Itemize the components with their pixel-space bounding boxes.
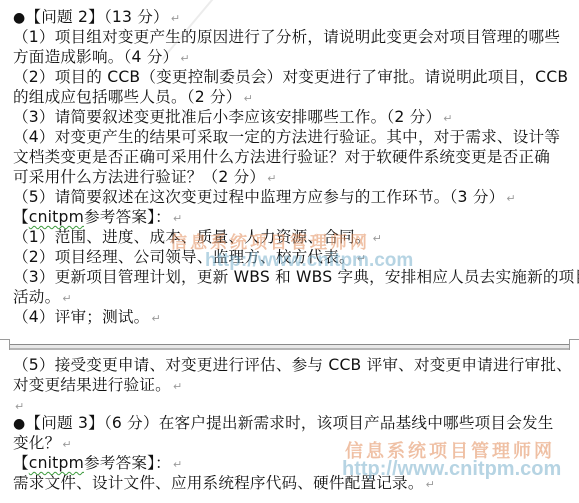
paragraph-mark-icon: ↵: [180, 52, 189, 65]
bullet-icon: ●: [13, 416, 25, 432]
question-text-line: （5）请简要叙述在这次变更过程中监理方应参与的工作环节。（3 分）↵: [13, 187, 516, 207]
answer-line: （5）接受变更申请、对变更进行评估、参与 CCB 评审、对变更申请进行审批、: [13, 355, 572, 375]
question-text-line: 的组成应包括哪些人员。（2 分）↵: [13, 87, 253, 107]
paragraph-mark-icon: ↵: [267, 172, 276, 185]
question-2-heading: ●【问题 2】（13 分）↵: [13, 7, 180, 27]
question-3-heading: ●【问题 3】（6 分）在客户提出新需求时，该项目产品基线中哪些项目会发生: [13, 413, 554, 433]
paragraph-mark-icon: ↵: [62, 292, 71, 305]
brand-name: cnitpm: [29, 454, 84, 472]
paragraph-mark-icon: ↵: [173, 380, 182, 393]
paragraph-mark-icon: ↵: [171, 12, 180, 25]
question-text-line: 方面造成影响。（4 分）↵: [13, 47, 190, 67]
document-page-2: （5）接受变更申请、对变更进行评估、参与 CCB 评审、对变更申请进行审批、 对…: [0, 350, 579, 503]
question-text-line: （3）请简要叙述变更批准后小李应该安排哪些工作。（2 分）↵: [13, 107, 453, 127]
bullet-icon: ●: [13, 10, 25, 26]
paragraph-mark-icon: ↵: [62, 438, 71, 451]
question-text-line: （4）对变更产生的结果可采取一定的方法进行验证。其中，对于需求、设计等: [13, 127, 560, 147]
document-page-1: ●【问题 2】（13 分）↵ （1）项目组对变更产生的原因进行了分析，请说明此变…: [0, 0, 579, 344]
question-text-line: （2）项目的 CCB（变更控制委员会）对变更进行了审批。请说明此项目，CCB: [13, 67, 568, 87]
empty-paragraph: ↵: [13, 395, 24, 415]
paragraph-mark-icon: ↵: [173, 458, 182, 471]
watermark-url: http://www.cnitpm.com: [342, 458, 561, 481]
watermark-url: http://www.cnitpm.com: [205, 250, 413, 272]
question-text-line: 文档类变更是否正确可采用什么方法进行验证？对于软硬件系统变更是否正确: [13, 147, 550, 167]
brand-name: cnitpm: [29, 208, 84, 226]
question-text-line: 变化？↵: [13, 433, 72, 453]
paragraph-mark-icon: ↵: [373, 232, 382, 245]
answer-label: 【cnitpm参考答案】：↵: [13, 207, 182, 227]
paragraph-mark-icon: ↵: [506, 192, 515, 205]
answer-line: 对变更结果进行验证。↵: [13, 375, 182, 395]
answer-label: 【cnitpm参考答案】：↵: [13, 453, 182, 473]
paragraph-mark-icon: ↵: [151, 312, 160, 325]
question-text-line: （1）项目组对变更产生的原因进行了分析，请说明此变更会对项目管理的哪些: [13, 27, 560, 47]
question-text-line: 可采用什么方法进行验证？（2 分）↵: [13, 167, 277, 187]
paragraph-mark-icon: ↵: [15, 400, 24, 413]
paragraph-mark-icon: ↵: [244, 92, 253, 105]
answer-line: 活动。↵: [13, 287, 72, 307]
answer-line: （4）评审；测试。↵: [13, 307, 161, 327]
paragraph-mark-icon: ↵: [173, 212, 182, 225]
paragraph-mark-icon: ↵: [443, 112, 452, 125]
